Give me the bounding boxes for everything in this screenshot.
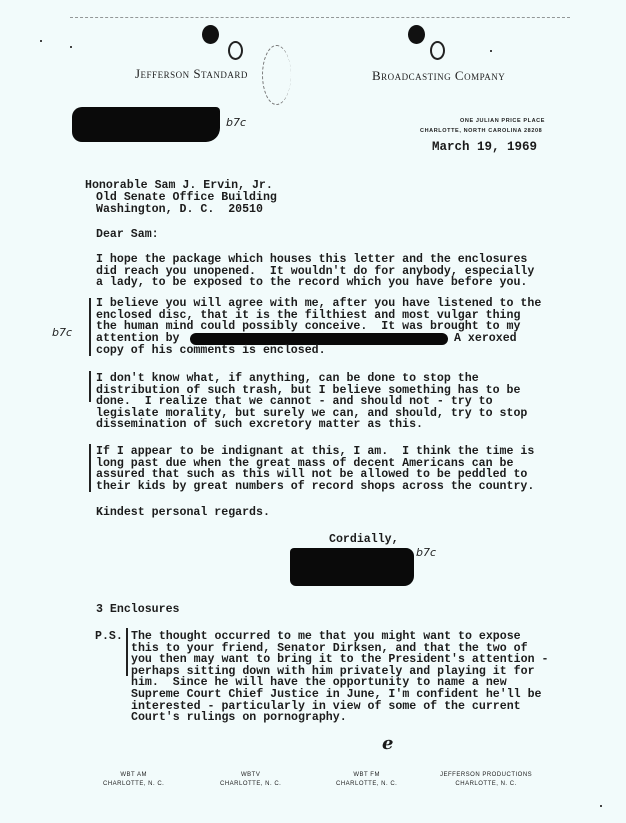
- footer-city: CHARLOTTE, N. C.: [440, 780, 532, 789]
- postscript-label: P.S.: [95, 631, 123, 643]
- seal-mark: [262, 45, 291, 105]
- scan-edge-line: [70, 17, 570, 19]
- footer-city: CHARLOTTE, N. C.: [103, 780, 164, 789]
- redaction-block-top: [72, 107, 220, 142]
- handwritten-initial: e: [382, 733, 393, 754]
- footer-wbtv: WBTV CHARLOTTE, N. C.: [220, 771, 281, 789]
- handwritten-note-middle: b7c: [52, 326, 72, 339]
- enclosures: 3 Enclosures: [96, 604, 180, 616]
- recipient-building: Old Senate Office Building: [96, 192, 277, 204]
- letter-date: March 19, 1969: [432, 140, 537, 154]
- sign-off: Cordially,: [329, 534, 399, 546]
- ring-right-icon: [430, 41, 445, 60]
- margin-bar-ps: [126, 628, 128, 676]
- paragraph-1: I hope the package which houses this let…: [96, 254, 534, 289]
- scan-speck: [40, 40, 42, 42]
- margin-bar-3: [89, 444, 91, 492]
- scan-speck: [70, 46, 72, 48]
- footer-wbt-am: WBT AM CHARLOTTE, N. C.: [103, 771, 164, 789]
- ring-left-icon: [228, 41, 243, 60]
- postscript-text: The thought occurred to me that you migh…: [131, 631, 548, 724]
- letterhead-right: Broadcasting Company: [372, 68, 505, 84]
- footer-city: CHARLOTTE, N. C.: [220, 780, 281, 789]
- paragraph-2-end: copy of his comments is enclosed.: [96, 345, 326, 357]
- footer-station: WBT FM: [336, 771, 397, 780]
- punch-hole-right: [408, 25, 425, 44]
- recipient-city: Washington, D. C. 20510: [96, 204, 263, 216]
- address-line-2: CHARLOTTE, NORTH CAROLINA 28208: [420, 128, 542, 134]
- margin-bar-2: [89, 371, 91, 402]
- salutation: Dear Sam:: [96, 229, 159, 241]
- margin-bar-1: [89, 298, 91, 356]
- footer-city: CHARLOTTE, N. C.: [336, 780, 397, 789]
- scan-speck: [490, 50, 492, 52]
- letterhead-left: Jefferson Standard: [135, 66, 248, 82]
- footer-jefferson-productions: JEFFERSON PRODUCTIONS CHARLOTTE, N. C.: [440, 771, 532, 789]
- redaction-block-signature: [290, 548, 414, 586]
- closing: Kindest personal regards.: [96, 507, 270, 519]
- footer-station: WBTV: [220, 771, 281, 780]
- paragraph-4: If I appear to be indignant at this, I a…: [96, 446, 534, 492]
- punch-hole-left: [202, 25, 219, 44]
- handwritten-note-signature: b7c: [416, 546, 436, 559]
- footer-station: WBT AM: [103, 771, 164, 780]
- paragraph-2-cont: A xeroxed: [454, 333, 517, 345]
- letter-page: Jefferson Standard Broadcasting Company …: [0, 0, 626, 823]
- address-line-1: ONE JULIAN PRICE PLACE: [460, 118, 545, 124]
- recipient-name: Honorable Sam J. Ervin, Jr.: [85, 180, 273, 192]
- handwritten-note-top: b7c: [226, 116, 246, 129]
- footer-station: JEFFERSON PRODUCTIONS: [440, 771, 532, 780]
- scan-speck: [600, 805, 602, 807]
- footer-wbt-fm: WBT FM CHARLOTTE, N. C.: [336, 771, 397, 789]
- paragraph-3: I don't know what, if anything, can be d…: [96, 373, 527, 431]
